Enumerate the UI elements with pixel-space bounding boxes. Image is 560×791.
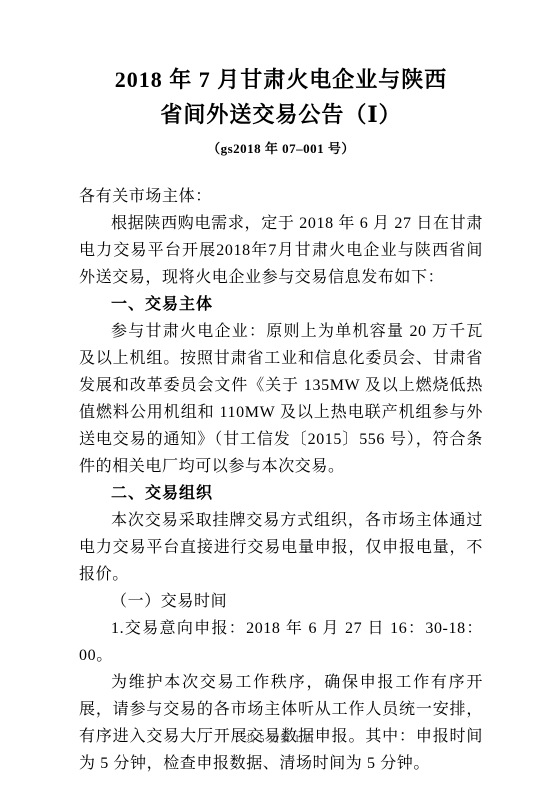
document-title-line1: 2018 年 7 月甘肃火电企业与陕西 bbox=[115, 67, 448, 92]
document-title: 2018 年 7 月甘肃火电企业与陕西省间外送交易公告（Ⅰ） bbox=[79, 62, 483, 132]
document-page: 2018 年 7 月甘肃火电企业与陕西省间外送交易公告（Ⅰ） （gs2018 年… bbox=[0, 0, 560, 791]
section2-item1: 1.交易意向申报：2018 年 6 月 27 日 16：30-18：00。 bbox=[79, 615, 483, 669]
section2-notice: 为维护本次交易工作秩序，确保申报工作有序开展，请参与交易的各市场主体听从工作人员… bbox=[79, 669, 483, 777]
section1-body: 参与甘肃火电企业：原则上为单机容量 20 万千瓦及以上机组。按照甘肃省工业和信息… bbox=[79, 318, 483, 480]
page-footer: 共 5 页第 1 页 bbox=[0, 730, 560, 745]
document-body: 各有关市场主体： 根据陕西购电需求，定于 2018 年 6 月 27 日在甘肃电… bbox=[79, 183, 483, 777]
salutation: 各有关市场主体： bbox=[79, 183, 483, 210]
document-title-line2: 省间外送交易公告（Ⅰ） bbox=[160, 102, 401, 127]
section2-sub-heading: （一）交易时间 bbox=[79, 588, 483, 615]
section2-heading: 二、交易组织 bbox=[79, 480, 483, 507]
intro-paragraph: 根据陕西购电需求，定于 2018 年 6 月 27 日在甘肃电力交易平台开展20… bbox=[79, 210, 483, 291]
section2-body: 本次交易采取挂牌交易方式组织，各市场主体通过电力交易平台直接进行交易电量申报，仅… bbox=[79, 507, 483, 588]
document-number: （gs2018 年 07–001 号） bbox=[79, 138, 483, 157]
document-content: 2018 年 7 月甘肃火电企业与陕西省间外送交易公告（Ⅰ） （gs2018 年… bbox=[79, 62, 483, 777]
section1-heading: 一、交易主体 bbox=[79, 291, 483, 318]
